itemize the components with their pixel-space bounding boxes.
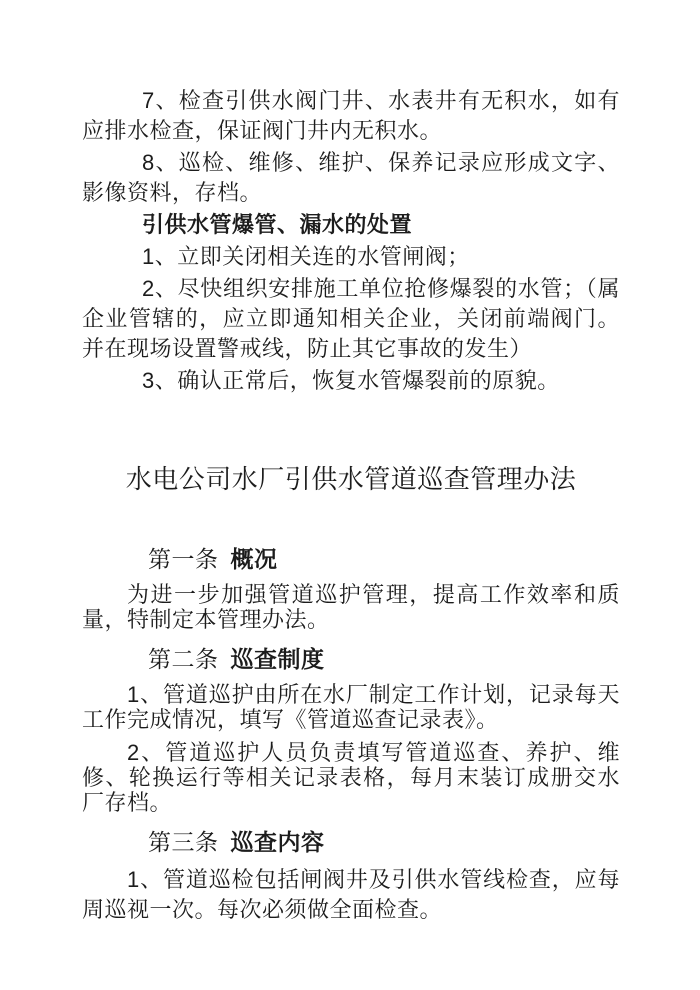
article-2-paragraph-2: 2、管道巡护人员负责填写管道巡查、养护、维修、轮换运行等相关记录表格，每月末装订…	[82, 740, 620, 815]
intro-paragraph-7: 7、检查引供水阀门井、水表井有无积水，如有应排水检查，保证阀门井内无积水。	[82, 86, 620, 146]
article-2-name: 巡查制度	[231, 646, 325, 672]
document-title: 水电公司水厂引供水管道巡查管理办法	[82, 462, 620, 496]
document-page: 7、检查引供水阀门井、水表井有无积水，如有应排水检查，保证阀门井内无积水。 8、…	[0, 0, 700, 990]
article-2-paragraph-1: 1、管道巡护由所在水厂制定工作计划，记录每天工作完成情况，填写《管道巡查记录表》…	[82, 682, 620, 732]
intro-paragraph-8: 8、巡检、维修、维护、保养记录应形成文字、影像资料，存档。	[82, 148, 620, 208]
article-3-name: 巡查内容	[231, 829, 325, 855]
article-section-3: 第三条巡查内容 1、管道巡检包括闸阀井及引供水管线检查，应每周巡视一次。每次必须…	[82, 827, 620, 925]
article-1-heading: 第一条概况	[82, 544, 620, 574]
burst-pipe-step-1: 1、立即关闭相关连的水管闸阀；	[82, 242, 620, 272]
burst-pipe-step-2: 2、尽快组织安排施工单位抢修爆裂的水管；（属企业管辖的，应立即通知相关企业，关闭…	[82, 274, 620, 364]
article-3-paragraph-1: 1、管道巡检包括闸阀井及引供水管线检查，应每周巡视一次。每次必须做全面检查。	[82, 865, 620, 925]
article-3-heading: 第三条巡查内容	[82, 827, 620, 857]
article-1-label: 第一条	[148, 546, 219, 572]
article-1-name: 概况	[231, 546, 278, 572]
article-3-label: 第三条	[148, 829, 219, 855]
article-2-label: 第二条	[148, 646, 219, 672]
article-2-heading: 第二条巡查制度	[82, 644, 620, 674]
burst-pipe-section-heading: 引供水管爆管、漏水的处置	[82, 210, 620, 240]
article-section-2: 第二条巡查制度 1、管道巡护由所在水厂制定工作计划，记录每天工作完成情况，填写《…	[82, 644, 620, 815]
article-section-1: 第一条概况 为进一步加强管道巡护管理，提高工作效率和质量，特制定本管理办法。	[82, 544, 620, 632]
article-1-paragraph-1: 为进一步加强管道巡护管理，提高工作效率和质量，特制定本管理办法。	[82, 582, 620, 632]
burst-pipe-step-3: 3、确认正常后，恢复水管爆裂前的原貌。	[82, 366, 620, 396]
